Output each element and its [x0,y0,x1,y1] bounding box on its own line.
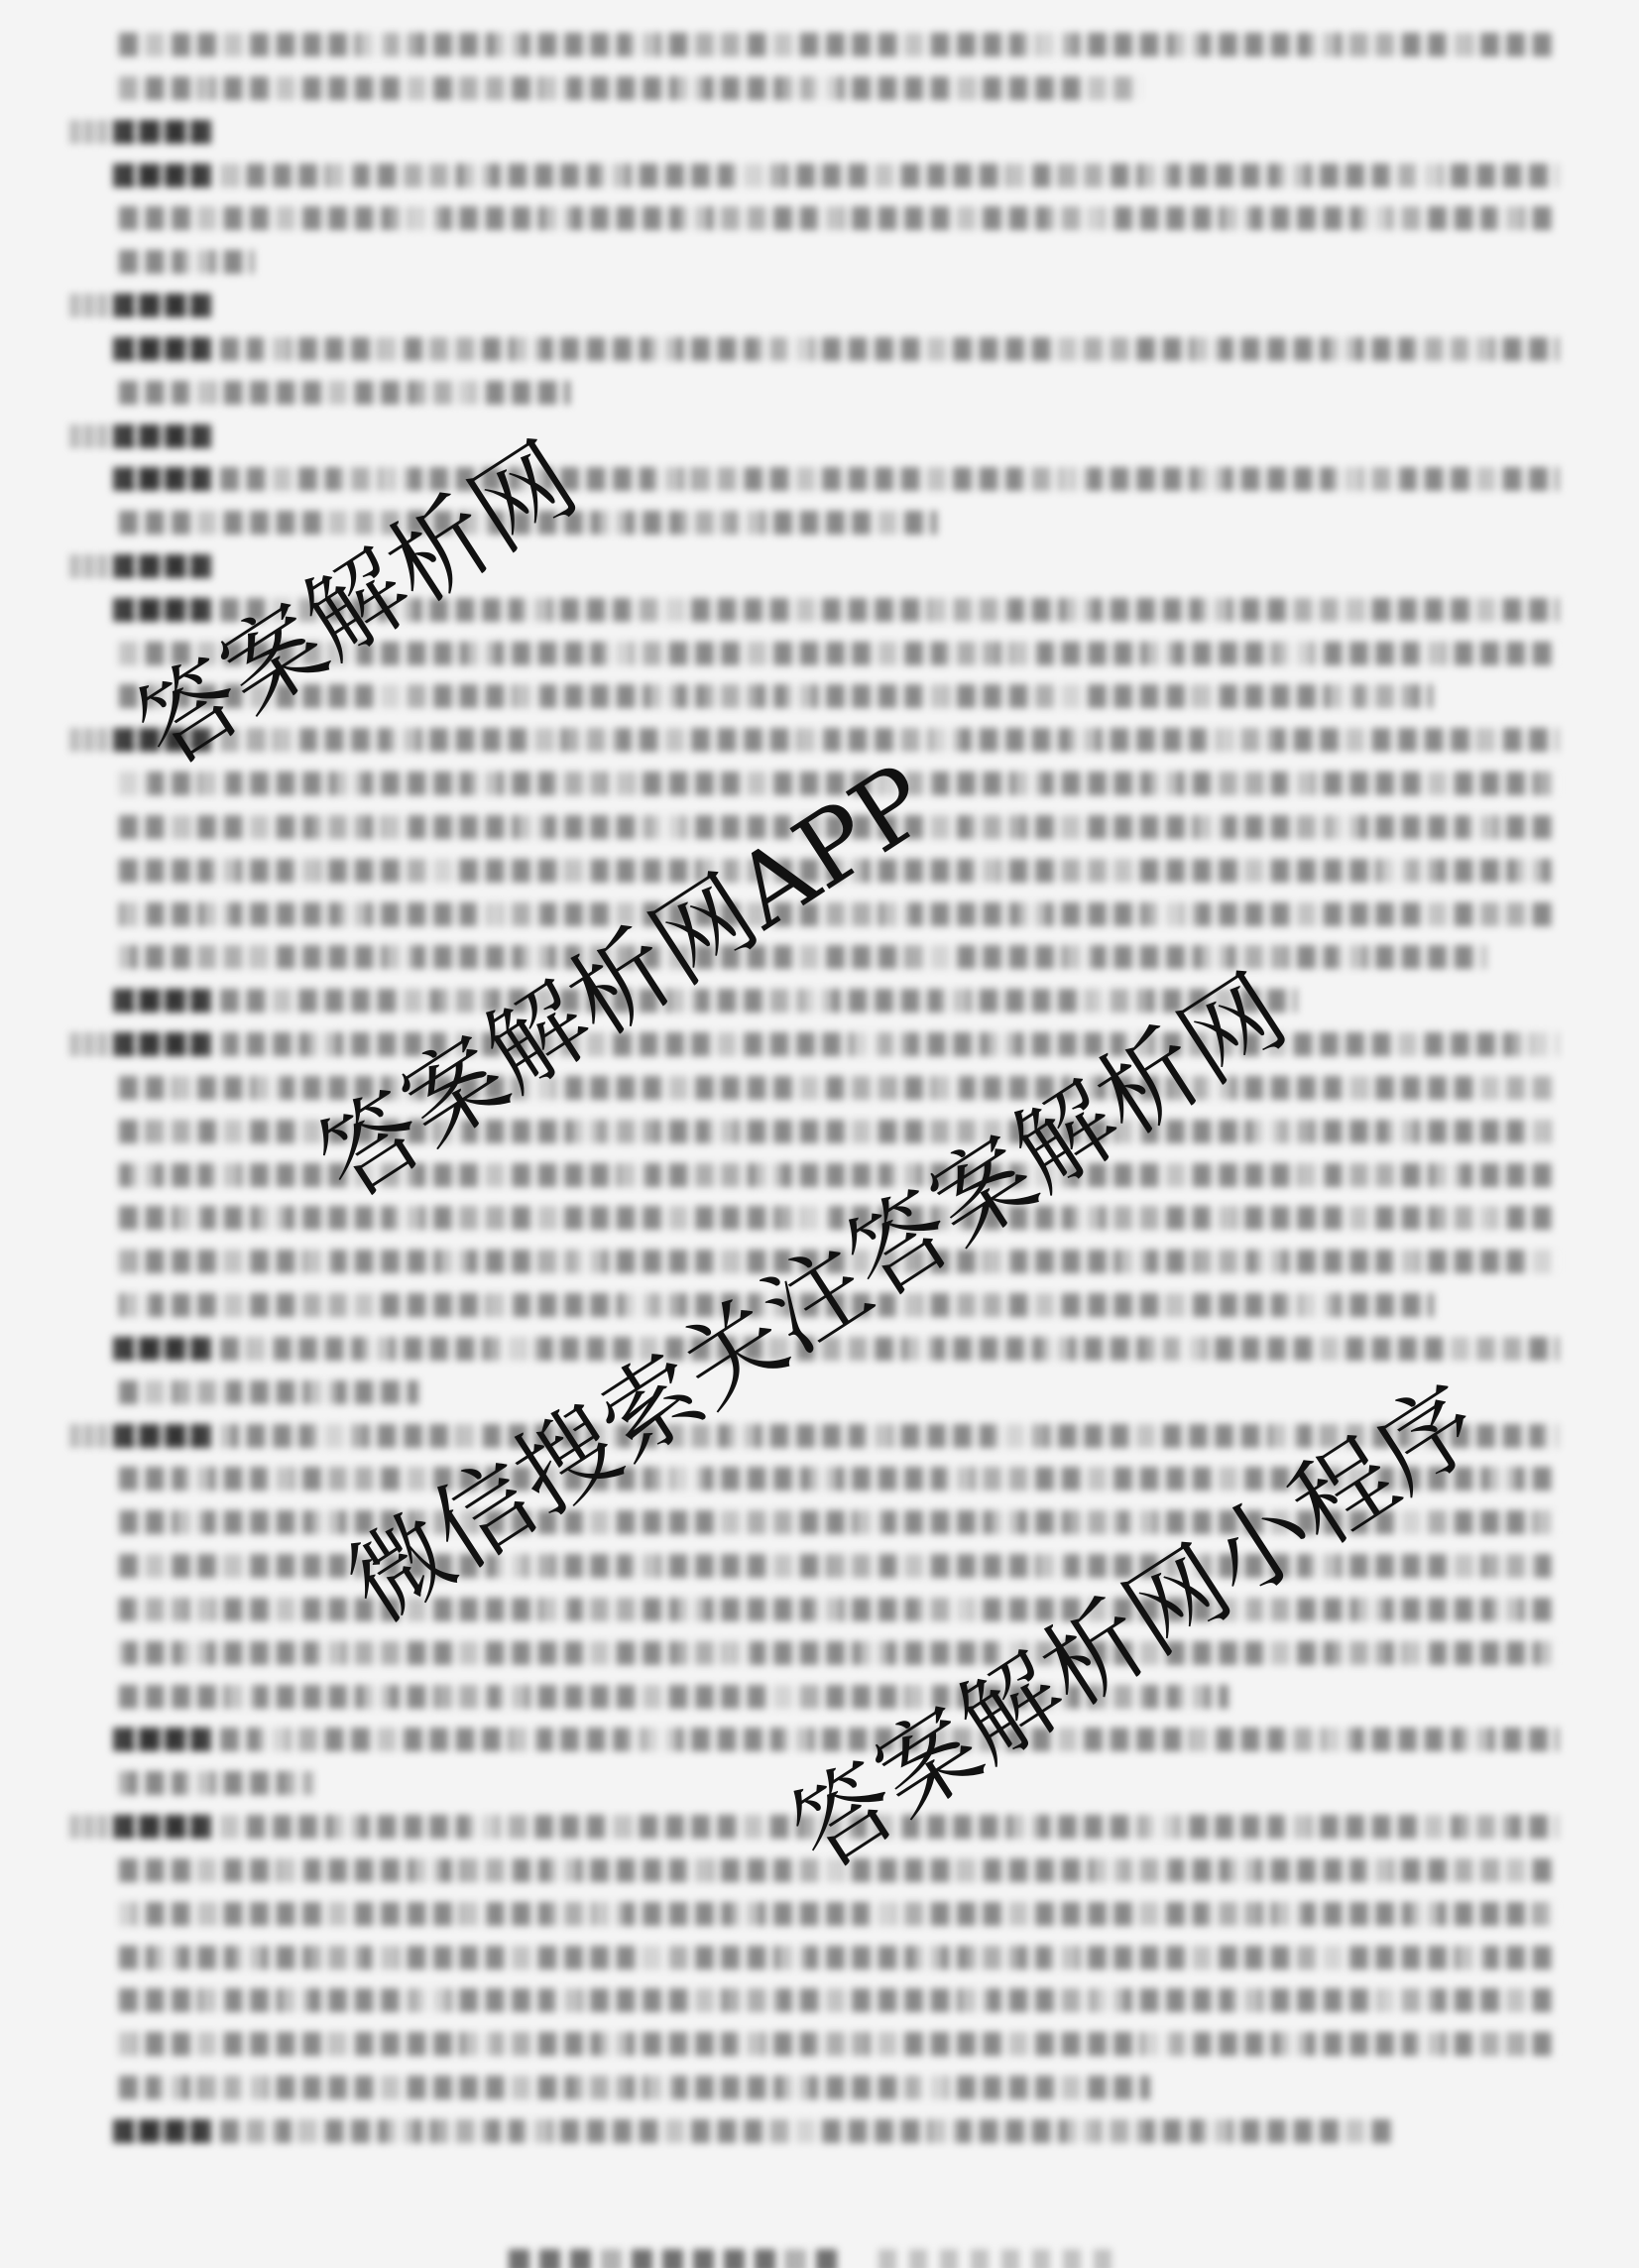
blurred-text [119,2032,1559,2056]
blurred-text [119,1946,1559,1970]
analysis-start-line: 【解析】 [0,1728,1639,1751]
blurred-text [119,1163,1559,1187]
answer-label: 【答案】 [113,120,216,144]
question-start-line: 【答案】 [0,294,1639,317]
document-line [0,1250,1639,1273]
continued-paragraph-line [0,33,1639,57]
document-line [0,902,1639,926]
answer-label: 【答案】 [113,1815,216,1839]
blurred-text [220,467,1559,491]
page-footer [0,2249,1639,2268]
blurred-text [119,250,254,274]
analysis-label: 【解析】 [113,337,216,361]
blurred-text [220,1728,1559,1751]
blurred-text [119,1771,313,1795]
document-line [0,772,1639,795]
blurred-text [119,33,1559,57]
page: { "page": { "background_color": "#f4f4f4… [0,0,1639,2268]
blurred-text [119,945,1487,969]
analysis-start-line: 【解析】 [0,1337,1639,1361]
blurred-text [220,1032,1559,1056]
document-line [0,859,1639,883]
document-line [0,511,1639,535]
document-line [0,1988,1639,2012]
question-number [69,1424,109,1448]
document-line [0,1120,1639,1143]
blurred-text [119,772,1559,795]
blurred-text [220,598,1559,622]
blurred-text [220,989,1297,1013]
blurred-text [119,381,570,405]
blurred-text [119,76,1140,100]
question-number [69,424,109,448]
document-line [0,1510,1639,1534]
question-number [69,554,109,578]
blurred-text [220,1815,1559,1839]
question-start-line: 【答案】 [0,728,1639,752]
blurred-text [119,1206,1559,1230]
answer-label: 【答案】 [113,294,216,317]
analysis-label: 【解析】 [113,467,216,491]
blurred-text [119,684,1433,708]
document-line [0,1554,1639,1578]
blurred-text [220,2119,1395,2143]
document-line [0,945,1639,969]
analysis-label: 【解析】 [113,1728,216,1751]
blurred-text [119,1902,1559,1926]
document-line [0,1293,1639,1317]
blurred-text [119,902,1559,926]
document-line [0,1467,1639,1491]
blurred-text [119,1685,1229,1709]
blurred-text [119,1380,418,1404]
question-number [69,728,109,752]
analysis-start-line: 【解析】 [0,164,1639,187]
blurred-text [220,1337,1559,1361]
blurred-text [119,1554,1559,1578]
blurred-text [119,1120,1559,1143]
blurred-text [119,1988,1559,2012]
question-number [69,1032,109,1056]
blurred-text [119,815,1559,839]
document-line [0,684,1639,708]
document-line [0,642,1639,665]
question-start-line: 【答案】 [0,120,1639,144]
question-start-line: 【答案】 [0,1032,1639,1056]
blurred-text [119,1293,1434,1317]
question-number [69,294,109,317]
document-line [0,1858,1639,1882]
question-number [69,120,109,144]
analysis-start-line: 【解析】 [0,337,1639,361]
document-line [0,381,1639,405]
analysis-label: 【解析】 [113,2119,216,2143]
blurred-text [119,1510,1559,1534]
document-line [0,1946,1639,1970]
analysis-label: 【解析】 [113,989,216,1013]
analysis-start-line: 【解析】 [0,598,1639,622]
answer-key-document: 【答案】【解析】【答案】【解析】【答案】【解析】【答案】【解析】【答案】【解析】… [0,0,1639,2268]
blurred-text [220,728,1559,752]
answer-label: 【答案】 [113,728,216,752]
blurred-text [119,642,1559,665]
document-line [0,206,1639,230]
document-line [0,1206,1639,1230]
document-line [0,1641,1639,1665]
document-line [0,1685,1639,1709]
analysis-label: 【解析】 [113,164,216,187]
analysis-start-line: 【解析】 [0,467,1639,491]
footer-page-info-blurred [878,2249,1122,2268]
blurred-text [119,206,1559,230]
document-line [0,1076,1639,1100]
question-number [69,1815,109,1839]
blurred-text [119,1598,1559,1621]
answer-label: 【答案】 [113,1424,216,1448]
blurred-text [119,1076,1559,1100]
blurred-text [119,1250,1559,1273]
continued-paragraph-line [0,76,1639,100]
blurred-text [119,2076,1150,2099]
document-line [0,2032,1639,2056]
document-line [0,250,1639,274]
analysis-label: 【解析】 [113,1337,216,1361]
blurred-text [119,1467,1559,1491]
blurred-text [220,1424,1559,1448]
document-line [0,1163,1639,1187]
answer-label: 【答案】 [113,1032,216,1056]
question-start-line: 【答案】 [0,1815,1639,1839]
analysis-start-line: 【解析】 [0,989,1639,1013]
answer-label: 【答案】 [113,424,216,448]
question-start-line: 【答案】 [0,1424,1639,1448]
blurred-text [220,164,1559,187]
analysis-label: 【解析】 [113,598,216,622]
document-line [0,815,1639,839]
document-line [0,1380,1639,1404]
blurred-text [119,1641,1559,1665]
blurred-text [119,859,1559,883]
question-start-line: 【答案】 [0,424,1639,448]
document-line [0,2076,1639,2099]
answer-label: 【答案】 [113,554,216,578]
blurred-text [119,1858,1559,1882]
document-line [0,1902,1639,1926]
blurred-text [220,337,1559,361]
analysis-start-line: 【解析】 [0,2119,1639,2143]
document-line [0,1598,1639,1621]
footer-title-blurred [509,2249,843,2268]
blurred-text [119,511,937,535]
question-start-line: 【答案】 [0,554,1639,578]
document-line [0,1771,1639,1795]
